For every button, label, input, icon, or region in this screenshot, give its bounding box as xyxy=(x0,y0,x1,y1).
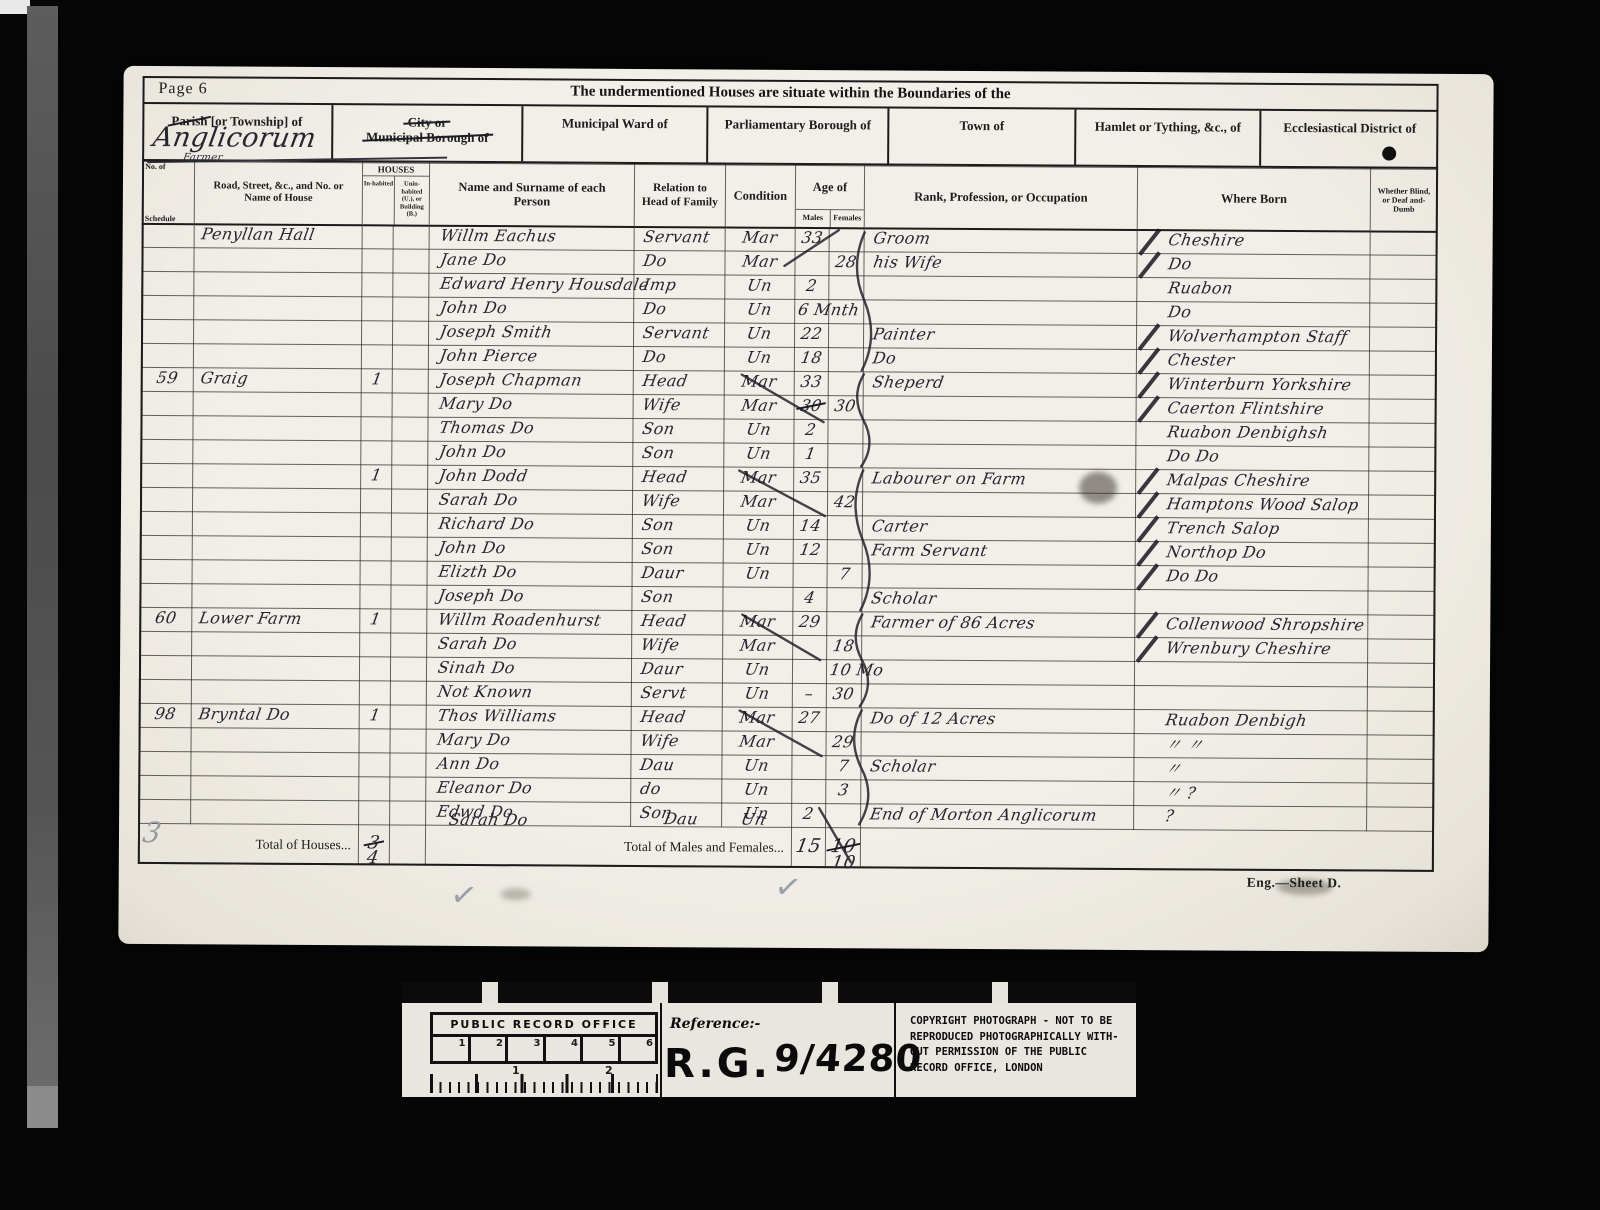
cell-inh xyxy=(360,633,391,657)
cell-born: Northop Do xyxy=(1135,542,1368,567)
cell-occupation: Sheperd xyxy=(863,372,1136,398)
handwritten-value: Imp xyxy=(636,274,678,293)
header-inhabited: In-habited xyxy=(363,176,394,224)
reference-label: Reference:- xyxy=(670,1016,760,1032)
cell-house xyxy=(194,272,362,297)
cell-inh xyxy=(359,777,390,801)
handwritten-value: Carter xyxy=(864,516,929,535)
handwritten-value: Northop Do xyxy=(1137,542,1268,562)
handwritten-value: 35 xyxy=(799,467,823,486)
handwritten-value: Un xyxy=(746,323,774,342)
cell-age_f xyxy=(828,372,863,396)
handwritten-value: Un xyxy=(744,539,772,558)
cell-age_f: 7 xyxy=(826,756,861,780)
handwritten-value: 1 xyxy=(369,465,383,484)
handwritten-value: Cheshire xyxy=(1139,230,1246,250)
cell-schedule xyxy=(139,727,191,751)
cell-born: Malpas Cheshire xyxy=(1136,470,1369,495)
handwritten-value: Mar xyxy=(740,395,778,414)
scale-cell: 6 xyxy=(618,1037,656,1061)
cell-condition: Un xyxy=(723,539,793,563)
cell-uninh xyxy=(391,633,427,657)
cell-house xyxy=(191,752,359,777)
ruler-number: 2 xyxy=(605,1064,613,1077)
handwritten-value: 28 xyxy=(834,252,858,271)
district-parliamentary: Parliamentary Borough of xyxy=(706,107,887,163)
handwritten-value: 33 xyxy=(799,371,823,390)
cell-inh xyxy=(362,249,393,273)
cell-schedule xyxy=(140,511,192,535)
handwritten-value: Do of 12 Acres xyxy=(863,708,997,728)
cell-name: Mary Do xyxy=(428,393,633,418)
scale-cell: 5 xyxy=(580,1037,618,1061)
handwritten-value: John Do xyxy=(429,537,507,556)
handwritten-value: Ann Do xyxy=(428,753,501,772)
cell-inh xyxy=(360,585,391,609)
strip-top-edge xyxy=(402,982,1136,1004)
handwritten-value: 6 Mnth xyxy=(797,299,861,318)
handwritten-value: Un xyxy=(746,275,774,294)
totals-row: Total of Houses... 3 4 Total of Males an… xyxy=(138,823,1433,871)
pencil-checkmark: ✓ xyxy=(448,874,481,916)
copyright-notice: COPYRIGHT PHOTOGRAPH - NOT TO BE REPRODU… xyxy=(910,1014,1134,1076)
cell-house xyxy=(193,464,361,489)
reference-class: R.G. xyxy=(664,1041,771,1087)
cell-age_f: 30 xyxy=(828,396,863,420)
cell-condition: Mar xyxy=(724,467,794,491)
scale-cell: 3 xyxy=(505,1037,543,1061)
cell-inh xyxy=(362,273,393,297)
cell-condition: Mar xyxy=(723,635,793,659)
cell-condition: Mar xyxy=(723,491,793,515)
cell-schedule xyxy=(141,439,193,463)
copyright-line: REPRODUCED PHOTOGRAPHICALLY WITH- xyxy=(910,1030,1134,1046)
cell-blind xyxy=(1369,351,1436,375)
reference-number: 9/4280 xyxy=(772,1037,923,1080)
cell-house xyxy=(192,560,360,585)
handwritten-value: 2 xyxy=(805,276,819,295)
handwritten-value: – xyxy=(804,684,816,703)
cell-schedule: 60 xyxy=(140,607,192,631)
handwritten-value: Elizth Do xyxy=(429,561,518,581)
cell-age_f xyxy=(826,708,861,732)
cell-blind xyxy=(1368,495,1435,519)
header-blind: Whether Blind, or Deaf and-Dumb xyxy=(1370,169,1437,231)
handwritten-value: Un xyxy=(745,419,773,438)
cell-age_m: 30 xyxy=(794,395,828,419)
handwritten-value: Son xyxy=(634,538,675,557)
header-schedule-line2: Schedule xyxy=(145,213,192,222)
cell-age_f: 42 xyxy=(827,492,862,516)
census-body: Penyllan HallWillm EachusServantMar33Gro… xyxy=(139,223,1438,831)
cell-age_m xyxy=(793,491,827,515)
handwritten-value: Do xyxy=(636,250,668,269)
handwritten-value: 2 xyxy=(804,420,818,439)
handwritten-value: Hamptons Wood Salop xyxy=(1137,494,1360,514)
cell-condition xyxy=(723,587,793,611)
cell-blind xyxy=(1367,663,1434,687)
header-age-label: Age of xyxy=(796,166,864,209)
header-males: Males xyxy=(796,209,830,226)
cell-name: John Do xyxy=(428,441,633,466)
cell-born: 〃 ? xyxy=(1134,782,1367,807)
handwritten-value: Scholar xyxy=(864,588,938,607)
cell-uninh xyxy=(391,513,427,537)
cell-blind xyxy=(1369,471,1436,495)
scale-cell: 1 xyxy=(433,1037,468,1061)
handwritten-value: Head xyxy=(635,370,689,389)
cell-relation: Servant xyxy=(633,322,724,347)
cell-blind xyxy=(1368,519,1435,543)
cell-born: Caerton Flintshire xyxy=(1136,398,1369,423)
film-edge-tab xyxy=(27,1086,58,1128)
cell-uninh xyxy=(390,657,426,681)
handwritten-value: Lower Farm xyxy=(194,608,304,628)
handwritten-value: 98 xyxy=(153,704,177,723)
cell-age_m xyxy=(793,635,827,659)
totals-persons-label-cell: Total of Males and Females... xyxy=(425,825,791,867)
handwritten-value: Mar xyxy=(740,371,778,390)
cell-born: ? xyxy=(1134,806,1367,831)
handwritten-value: Sinah Do xyxy=(428,657,516,677)
handwritten-value: Farmer of 86 Acres xyxy=(864,612,1037,632)
scale-number: 6 xyxy=(646,1038,653,1049)
cell-inh xyxy=(359,729,390,753)
handwritten-value: 60 xyxy=(154,608,178,627)
cell-inh: 1 xyxy=(361,465,392,489)
sheet-banner: The undermentioned Houses are situate wi… xyxy=(142,81,1438,106)
cell-age_m: 2 xyxy=(794,419,828,443)
handwritten-value: Wife xyxy=(635,394,682,413)
cell-age_m: 2 xyxy=(792,803,826,827)
cell-blind xyxy=(1368,591,1435,615)
cell-name: Ann Do xyxy=(426,753,631,778)
cell-age_f: 18 xyxy=(827,636,862,660)
cell-name: Sarah Do xyxy=(427,633,632,658)
cell-uninh xyxy=(392,417,428,441)
cell-name: Not Known xyxy=(426,681,631,706)
handwritten-value: 18 xyxy=(832,636,856,655)
cell-schedule xyxy=(141,463,193,487)
ink-smudge xyxy=(1277,879,1333,895)
handwritten-value: Do Do xyxy=(1137,566,1220,585)
cell-age_m: 35 xyxy=(794,467,828,491)
cell-name: Jane Do xyxy=(429,249,634,274)
cell-schedule xyxy=(142,271,194,295)
cell-blind xyxy=(1368,639,1435,663)
cell-uninh xyxy=(392,441,428,465)
totals-houses-value-cell: 3 4 xyxy=(358,825,389,865)
handwritten-value: John Do xyxy=(430,441,508,460)
cell-uninh xyxy=(391,489,427,513)
cell-born: Ruabon xyxy=(1137,278,1370,303)
cell-schedule: 98 xyxy=(139,703,191,727)
cell-condition: Mar xyxy=(724,395,794,419)
cell-blind xyxy=(1368,543,1435,567)
header-schedule-line1: No. of xyxy=(145,162,192,171)
header-houses-label: HOUSES xyxy=(363,163,429,176)
handwritten-value: Joseph Smith xyxy=(431,321,554,341)
cell-relation: Wife xyxy=(631,730,722,755)
cell-name: Sarah Do xyxy=(427,489,632,514)
cell-occupation: Farm Servant xyxy=(862,540,1135,566)
handwritten-value: 1 xyxy=(368,705,382,724)
cell-schedule xyxy=(140,583,192,607)
cell-occupation: Painter xyxy=(863,324,1136,350)
cell-inh xyxy=(362,297,393,321)
cell-house xyxy=(193,440,361,465)
cell-house xyxy=(191,680,359,705)
totals-houses-label: Total of Houses... xyxy=(255,836,357,852)
district-ward: Municipal Ward of xyxy=(521,106,706,162)
handwritten-value: John Dodd xyxy=(430,465,529,485)
cell-age_f xyxy=(828,348,863,372)
cell-uninh xyxy=(390,729,426,753)
handwritten-value: Groom xyxy=(866,228,932,247)
header-relation: Relation to Head of Family xyxy=(634,164,725,227)
cell-relation: Wife xyxy=(632,490,723,515)
ink-blot xyxy=(1382,147,1396,161)
cell-house xyxy=(191,776,359,801)
cell-house: Bryntal Do xyxy=(191,704,359,729)
cell-blind xyxy=(1370,231,1437,255)
scale-cell: 4 xyxy=(543,1037,581,1061)
cell-uninh xyxy=(392,393,428,417)
cell-relation: Son xyxy=(632,538,723,563)
handwritten-value: Ruabon Denbigh xyxy=(1136,710,1308,730)
cell-born xyxy=(1134,686,1367,711)
cell-inh xyxy=(360,513,391,537)
cell-age_m: 33 xyxy=(794,371,828,395)
pro-scale-box: PUBLIC RECORD OFFICE 123456 xyxy=(430,1012,658,1064)
scale-cell: 2 xyxy=(468,1037,506,1061)
handwritten-value: Thos Williams xyxy=(428,705,558,725)
cell-house xyxy=(191,728,359,753)
cell-age_m: 22 xyxy=(794,323,828,347)
cell-inh: 1 xyxy=(361,369,392,393)
handwritten-value: Scholar xyxy=(863,756,937,775)
cell-house xyxy=(191,800,359,825)
cell-occupation xyxy=(861,732,1134,758)
header-born: Where Born xyxy=(1137,168,1370,231)
handwritten-value: Sarah Do xyxy=(429,489,519,509)
cell-condition: Un xyxy=(725,299,795,323)
cell-blind xyxy=(1368,567,1435,591)
cell-house: Penyllan Hall xyxy=(194,224,362,249)
totals-males-cell: 15 xyxy=(791,827,825,867)
handwritten-value: Mar xyxy=(738,707,776,726)
cell-house xyxy=(193,416,361,441)
handwritten-value: 30 xyxy=(799,395,823,414)
cell-born: Winterburn Yorkshire xyxy=(1136,374,1369,399)
handwritten-value: Mar xyxy=(738,731,776,750)
cell-uninh xyxy=(393,273,429,297)
cell-occupation xyxy=(862,636,1135,662)
handwritten-value: Collenwood Shropshire xyxy=(1137,614,1366,634)
cell-age_m: 2 xyxy=(795,275,829,299)
handwritten-value: 14 xyxy=(798,515,822,534)
cell-age_f: 29 xyxy=(826,732,861,756)
cell-born: Do Do xyxy=(1136,446,1369,471)
district-hamlet: Hamlet or Tything, &c., of xyxy=(1074,110,1259,166)
cell-occupation xyxy=(864,276,1137,302)
cell-name: Thomas Do xyxy=(428,417,633,442)
cell-uninh xyxy=(393,297,429,321)
cell-age_f xyxy=(827,588,862,612)
cell-schedule xyxy=(139,751,191,775)
cell-born: 〃 xyxy=(1134,758,1367,783)
scale-number: 4 xyxy=(571,1038,578,1049)
handwritten-value: Wife xyxy=(633,730,680,749)
handwritten-value: 3 xyxy=(836,780,850,799)
handwritten-value: Thomas Do xyxy=(430,417,536,437)
cell-house xyxy=(192,632,360,657)
cell-occupation: his Wife xyxy=(864,252,1137,278)
cell-blind xyxy=(1367,711,1434,735)
handwritten-value: 30 xyxy=(832,684,856,703)
cell-age_m: 18 xyxy=(794,347,828,371)
handwritten-value: Joseph Chapman xyxy=(430,369,583,389)
handwritten-value: Labourer on Farm xyxy=(865,468,1028,488)
copyright-line: OUT PERMISSION OF THE PUBLIC xyxy=(910,1045,1134,1061)
cell-house xyxy=(192,488,360,513)
handwritten-value: End of Morton Anglicorum xyxy=(863,804,1099,824)
handwritten-value: Wolverhampton Staff xyxy=(1139,326,1349,346)
pro-ruler: 1 2 xyxy=(430,1067,658,1093)
header-name: Name and Surname of each Person xyxy=(429,163,634,226)
cell-schedule xyxy=(140,535,192,559)
cell-relation: Wife xyxy=(633,394,724,419)
totals-empty-cell xyxy=(860,828,1433,871)
handwritten-value: Mary Do xyxy=(430,393,514,412)
cell-age_f xyxy=(826,804,861,828)
cell-house: Lower Farm xyxy=(192,608,360,633)
cell-relation: Dau xyxy=(631,754,722,779)
totals-males-value: 15 xyxy=(794,834,823,856)
scale-number: 3 xyxy=(534,1038,541,1049)
cell-age_f xyxy=(829,228,864,252)
handwritten-value: Do xyxy=(1139,254,1193,273)
handwritten-value: 〃 〃 xyxy=(1136,732,1206,755)
cell-schedule xyxy=(141,415,193,439)
cell-relation: Son xyxy=(633,442,724,467)
handwritten-value: 7 xyxy=(838,564,852,583)
cell-occupation xyxy=(861,660,1134,686)
header-occupation: Rank, Profession, or Occupation xyxy=(864,166,1137,230)
cell-inh xyxy=(361,393,392,417)
handwritten-value: Servant xyxy=(636,227,711,246)
cell-name: Thos Williams xyxy=(426,705,631,730)
cell-born: Ruabon Denbigh xyxy=(1134,710,1367,735)
cell-relation: Imp xyxy=(634,274,725,299)
handwritten-value: 7 xyxy=(837,756,851,775)
cell-relation: Head xyxy=(633,370,724,395)
totals-uninhabited-cell xyxy=(389,825,425,865)
scanned-census-photo: { "page": { "page_label": "Page 6", "ban… xyxy=(0,0,1600,1210)
cell-relation: Head xyxy=(632,610,723,635)
handwritten-value: 29 xyxy=(831,732,855,751)
header-age: Age of Males Females xyxy=(795,165,864,227)
cell-name: Joseph Chapman xyxy=(428,369,633,394)
cell-age_f: 30 xyxy=(826,684,861,708)
cell-inh xyxy=(359,801,390,825)
cell-inh xyxy=(360,537,391,561)
cell-inh xyxy=(361,321,392,345)
ecclesiastical-label: Ecclesiastical District of xyxy=(1283,120,1416,136)
cell-house xyxy=(193,344,361,369)
handwritten-value: Mar xyxy=(740,491,778,510)
handwritten-value: Not Known xyxy=(428,681,534,701)
cell-blind xyxy=(1370,279,1437,303)
totals-persons-label: Total of Males and Females... xyxy=(624,838,790,854)
cell-schedule xyxy=(142,247,194,271)
cell-inh xyxy=(359,753,390,777)
handwritten-value: Do xyxy=(1139,302,1193,321)
ink-smudge xyxy=(501,888,531,900)
overflow-condition: Un xyxy=(740,810,768,829)
cell-uninh xyxy=(391,609,427,633)
cell-born: Hamptons Wood Salop xyxy=(1135,494,1368,519)
handwritten-value: John Do xyxy=(431,297,509,316)
cell-uninh xyxy=(392,345,428,369)
cell-age_m: 14 xyxy=(793,515,827,539)
handwritten-value: Willm Roadenhurst xyxy=(429,609,603,629)
pro-reference-strip: PUBLIC RECORD OFFICE 123456 1 2 Referenc… xyxy=(402,1003,1136,1097)
cell-relation: Son xyxy=(633,418,724,443)
strip-notch xyxy=(992,982,1008,1004)
handwritten-value: 29 xyxy=(798,611,822,630)
cell-born: Wrenbury Cheshire xyxy=(1135,638,1368,663)
cell-condition: Un xyxy=(722,683,792,707)
handwritten-value: Jane Do xyxy=(431,249,508,268)
overflow-relation: Dau xyxy=(663,809,700,828)
handwritten-value: Head xyxy=(633,706,687,725)
handwritten-value: Son xyxy=(635,442,676,461)
cell-age_f xyxy=(828,444,863,468)
header-road: Road, Street, &c., and No. or Name of Ho… xyxy=(194,162,362,225)
handwritten-value: Daur xyxy=(633,658,684,677)
cell-blind xyxy=(1367,687,1434,711)
pro-office-title: PUBLIC RECORD OFFICE xyxy=(433,1015,655,1034)
cell-inh xyxy=(361,345,392,369)
cell-condition: Mar xyxy=(725,227,795,251)
parish-handwritten-value: Anglicorum xyxy=(151,122,319,154)
cell-inh: 1 xyxy=(360,609,391,633)
handwritten-value: Daur xyxy=(634,562,685,581)
cell-age_f: 7 xyxy=(827,564,862,588)
handwritten-value: Un xyxy=(743,755,771,774)
handwritten-value: Joseph Do xyxy=(429,585,526,605)
cell-inh xyxy=(362,225,393,249)
handwritten-value: 30 xyxy=(833,396,857,415)
handwritten-value: 10 Mo xyxy=(828,660,885,679)
cell-house xyxy=(194,248,362,273)
cell-age_f: 3 xyxy=(826,780,861,804)
copyright-line: COPYRIGHT PHOTOGRAPH - NOT TO BE xyxy=(910,1014,1134,1030)
cell-house: Graig xyxy=(193,368,361,393)
cell-occupation xyxy=(864,300,1137,326)
handwritten-value: Mar xyxy=(740,467,778,486)
handwritten-value: Wrenbury Cheshire xyxy=(1137,638,1333,658)
cell-uninh xyxy=(393,225,429,249)
cell-relation: Wife xyxy=(632,634,723,659)
cell-born: Do Do xyxy=(1135,566,1368,591)
cell-schedule xyxy=(139,655,191,679)
cell-age_f xyxy=(827,516,862,540)
handwritten-value: Winterburn Yorkshire xyxy=(1138,374,1353,394)
cell-age_m: 6 Mnth xyxy=(795,299,829,323)
cell-uninh xyxy=(391,561,427,585)
